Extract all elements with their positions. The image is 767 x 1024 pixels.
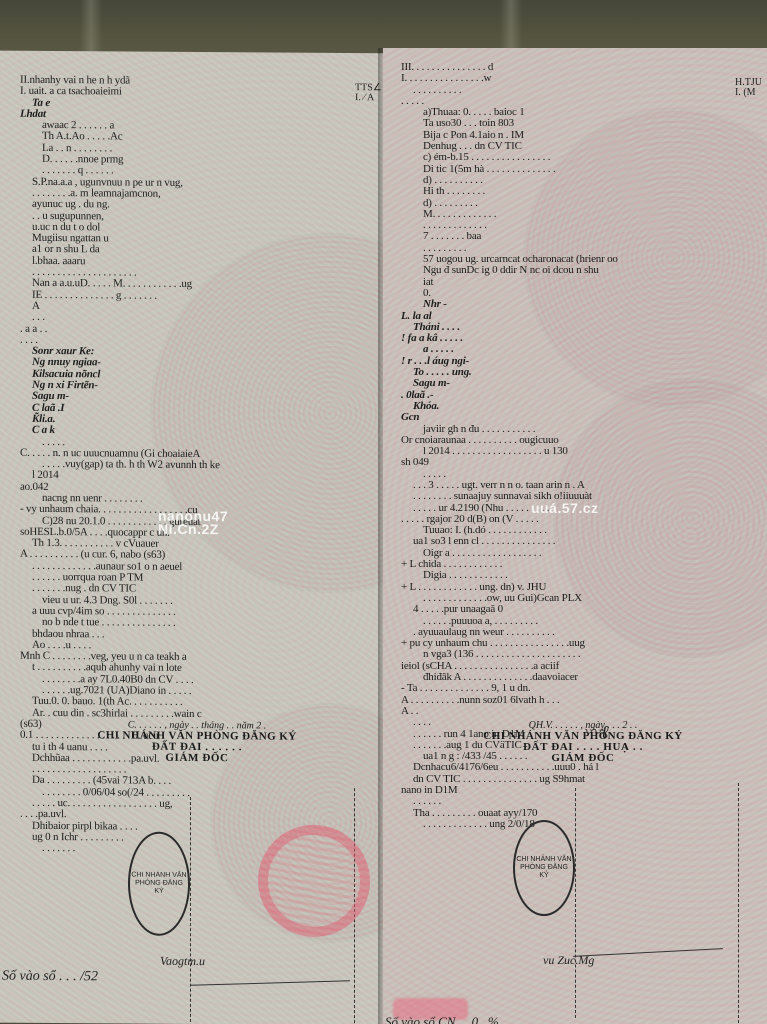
document-text-line: . . . . . . . . . . . . . ung 2/0/18: [401, 819, 618, 830]
document-text-line: Dcnhacu6/4176/6eu . . . . . . . . . . .u…: [401, 762, 618, 773]
right-page-text: III. . . . . . . . . . . . . . . dI. . .…: [401, 62, 618, 830]
document-text-line: Gcn: [401, 412, 618, 423]
document-text-line: I. . . . . . . . . . . . . . . .w: [401, 73, 618, 84]
signer-name: vu Zuc.Mg: [543, 953, 594, 968]
document-text-line: iat: [401, 277, 618, 288]
document-text-line: 4 . . . . .pur unaagaă 0: [401, 604, 618, 615]
official-seal: CHI NHÁNH VĂN PHÒNG ĐĂNG KÝ: [513, 820, 575, 916]
signer-name: Vaogtm.u: [160, 954, 205, 969]
registry-number: Số vào sổ CN . . 0 . %: [385, 1014, 499, 1024]
signature-line: [573, 948, 723, 957]
signature-line: [190, 980, 350, 985]
right-page: H.TJU I. (M III. . . . . . . . . . . . .…: [383, 48, 767, 1024]
document-text-line: A . .: [401, 706, 618, 717]
issuer-signature-block: C. . . . . . , ngày . . tháng . . năm 2 …: [62, 719, 332, 765]
left-page: TTS∠ I. ∕ A II.nhanhy vai n he n h ydãI.…: [0, 51, 390, 1024]
document-text-line: IE . . . . . . . . . . . . . . g . . . .…: [20, 289, 220, 302]
page-corner-mark: H.TJU I. (M: [735, 78, 762, 98]
document-text-line: l 2014: [20, 470, 220, 483]
document-text-line: Khóa.: [401, 401, 618, 412]
official-seal: CHI NHÁNH VĂN PHÒNG ĐĂNG KÝ: [128, 832, 190, 936]
document-text-line: Sagu m-: [401, 378, 618, 389]
document-text-line: . . . . . . . . . .: [401, 85, 618, 96]
document-text-line: sh 049: [401, 457, 618, 468]
registry-number: Số vào sổ . . . /52: [2, 969, 98, 986]
document-text-line: . . . . . .: [401, 796, 618, 807]
document-text-line: l 2014 . . . . . . . . . . . . . . . . .…: [401, 446, 618, 457]
document-text-line: c) ém-b.15 . . . . . . . . . . . . . . .…: [401, 152, 618, 163]
document-text-line: A . . . . . . . . . .nunn soz01 6lvath h…: [401, 695, 618, 706]
handwritten-signature: 〰ℓ: [583, 718, 609, 744]
fold-guide: [190, 797, 191, 1022]
watermark-text: uuá.57.cz: [531, 502, 599, 515]
document-text-line: Ta e: [20, 97, 220, 110]
fold-guide: [575, 788, 576, 1018]
document-text-line: Nhr -: [401, 299, 618, 310]
document-text-line: Hi th . . . . . . . .: [401, 186, 618, 197]
document-text-line: Ngu đ sunDc ig 0 ddir N nc oi dcou n shu: [401, 265, 618, 276]
document-text-line: - Ta . . . . . . . . . . . . . . 9, 1 u …: [401, 683, 618, 694]
document-text-line: Ar. . cuu din . sc3hirlai . . . . . . . …: [20, 707, 220, 720]
watermark-text: nanonu47 NI.Cn.2Z: [158, 510, 228, 536]
red-stamp: [258, 824, 370, 937]
document-text-line: Digia . . . . . . . . . . . .: [401, 570, 618, 581]
fold-guide: [738, 783, 739, 1023]
